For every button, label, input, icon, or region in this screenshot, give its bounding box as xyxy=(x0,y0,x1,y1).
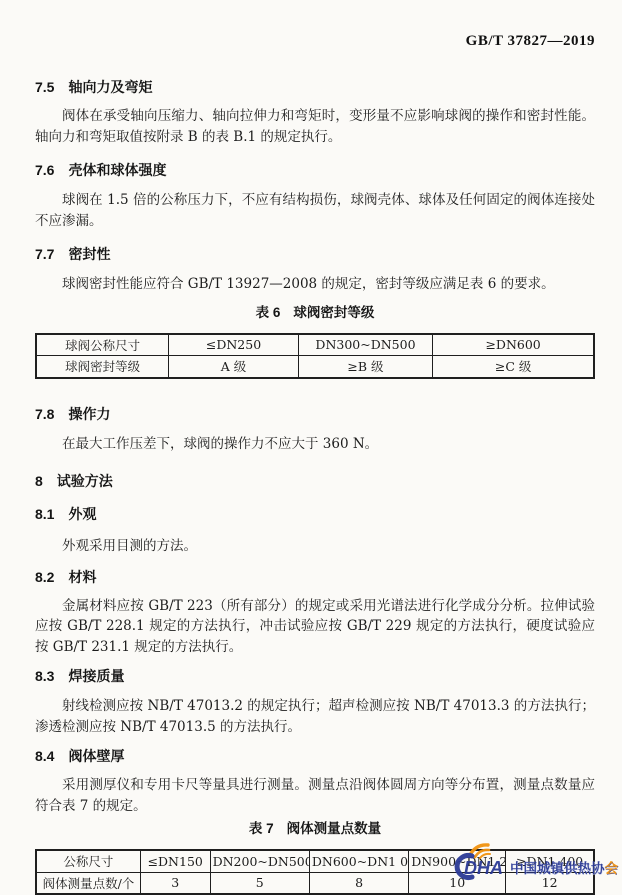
section-heading-8-1: 8.1外观 xyxy=(35,505,595,524)
paragraph-7-6: 球阀在 1.5 倍的公称压力下，不应有结构损伤，球阀壳体、球体及任何固定的阀体连… xyxy=(35,190,595,231)
table-7: 公称尺寸 ≤DN150 DN200~DN500 DN600~DN1 000 DN… xyxy=(35,849,595,895)
section-heading-8-4: 8.4阀体壁厚 xyxy=(35,747,595,766)
table-cell: ≥B 级 xyxy=(298,356,432,378)
paragraph-8-2: 金属材料应按 GB/T 223（所有部分）的规定或采用光谱法进行化学成分分析。拉… xyxy=(35,596,595,658)
section-number: 7.6 xyxy=(35,161,54,180)
section-heading-8: 8试验方法 xyxy=(35,472,595,491)
section-title: 壳体和球体强度 xyxy=(68,162,166,178)
table-row: 球阀公称尺寸 ≤DN250 DN300~DN500 ≥DN600 xyxy=(36,334,594,356)
section-title: 阀体壁厚 xyxy=(68,748,124,764)
section-heading-7-7: 7.7密封性 xyxy=(35,245,595,264)
section-title: 轴向力及弯矩 xyxy=(68,79,152,95)
doc-number: GB/T 37827—2019 xyxy=(35,33,595,50)
table-cell: ≤DN250 xyxy=(169,334,298,356)
section-number: 7.8 xyxy=(35,405,54,424)
section-heading-7-8: 7.8操作力 xyxy=(35,405,595,424)
document-page: GB/T 37827—2019 7.5轴向力及弯矩 阀体在承受轴向压缩力、轴向拉… xyxy=(0,0,622,895)
table-cell: DN200~DN500 xyxy=(210,850,309,872)
table-6: 球阀公称尺寸 ≤DN250 DN300~DN500 ≥DN600 球阀密封等级 … xyxy=(35,333,595,379)
section-heading-7-6: 7.6壳体和球体强度 xyxy=(35,161,595,180)
table-7-label: 表 7 xyxy=(249,821,274,836)
section-title: 试验方法 xyxy=(57,473,113,489)
section-title: 操作力 xyxy=(68,406,110,422)
section-title: 密封性 xyxy=(68,246,110,262)
table-cell: 球阀密封等级 xyxy=(36,356,169,378)
paragraph-8-1: 外观采用目测的方法。 xyxy=(35,536,595,557)
paragraph-7-5: 阀体在承受轴向压缩力、轴向拉伸力和弯矩时，变形量不应影响球阀的操作和密封性能。轴… xyxy=(35,106,595,147)
table-row: 公称尺寸 ≤DN150 DN200~DN500 DN600~DN1 000 DN… xyxy=(36,850,594,872)
section-number: 7.7 xyxy=(35,245,54,264)
section-title: 焊接质量 xyxy=(68,668,124,684)
table-7-title: 阀体测量点数量 xyxy=(287,821,382,836)
section-number: 8.4 xyxy=(35,747,54,766)
section-title: 材料 xyxy=(68,569,96,585)
paragraph-7-7: 球阀密封性能应符合 GB/T 13927—2008 的规定，密封等级应满足表 6… xyxy=(35,274,595,295)
table-cell: 球阀公称尺寸 xyxy=(36,334,169,356)
section-number: 8.3 xyxy=(35,667,54,686)
section-title: 外观 xyxy=(68,506,96,522)
section-heading-7-5: 7.5轴向力及弯矩 xyxy=(35,78,595,97)
table-6-caption: 表 6球阀密封等级 xyxy=(35,303,595,322)
paragraph-8-3: 射线检测应按 NB/T 47013.2 的规定执行；超声检测应按 NB/T 47… xyxy=(35,696,595,737)
table-cell: ≥C 级 xyxy=(433,356,594,378)
table-cell: 公称尺寸 xyxy=(36,850,140,872)
table-cell: DN900~DN1 200 xyxy=(409,850,506,872)
table-cell: 5 xyxy=(210,872,309,894)
table-cell: A 级 xyxy=(169,356,298,378)
table-cell: DN600~DN1 000 xyxy=(309,850,408,872)
org-name-last: 会 xyxy=(605,861,619,876)
table-6-title: 球阀密封等级 xyxy=(293,305,374,320)
paragraph-7-8: 在最大工作压差下，球阀的操作力不应大于 360 N。 xyxy=(35,434,595,455)
table-cell: 10 xyxy=(409,872,506,894)
table-cell: ≥DN600 xyxy=(433,334,594,356)
table-cell: 3 xyxy=(140,872,210,894)
table-6-label: 表 6 xyxy=(256,305,281,320)
section-number: 8.1 xyxy=(35,505,54,524)
table-cell: ≤DN150 xyxy=(140,850,210,872)
table-row: 阀体测量点数/个 3 5 8 10 12 xyxy=(36,872,594,894)
section-number: 7.5 xyxy=(35,78,54,97)
table-cell: 12 xyxy=(506,872,594,894)
table-row: 球阀密封等级 A 级 ≥B 级 ≥C 级 xyxy=(36,356,594,378)
table-cell: 阀体测量点数/个 xyxy=(36,872,140,894)
table-cell: ≥DN1 400 xyxy=(506,850,594,872)
table-7-caption: 表 7阀体测量点数量 xyxy=(35,819,595,838)
table-cell: 8 xyxy=(309,872,408,894)
section-number: 8 xyxy=(35,472,43,491)
section-heading-8-2: 8.2材料 xyxy=(35,568,595,587)
table-cell: DN300~DN500 xyxy=(298,334,432,356)
section-heading-8-3: 8.3焊接质量 xyxy=(35,667,595,686)
section-number: 8.2 xyxy=(35,568,54,587)
paragraph-8-4: 采用测厚仪和专用卡尺等量具进行测量。测量点沿阀体圆周方向等分布置，测量点数量应符… xyxy=(35,775,595,816)
